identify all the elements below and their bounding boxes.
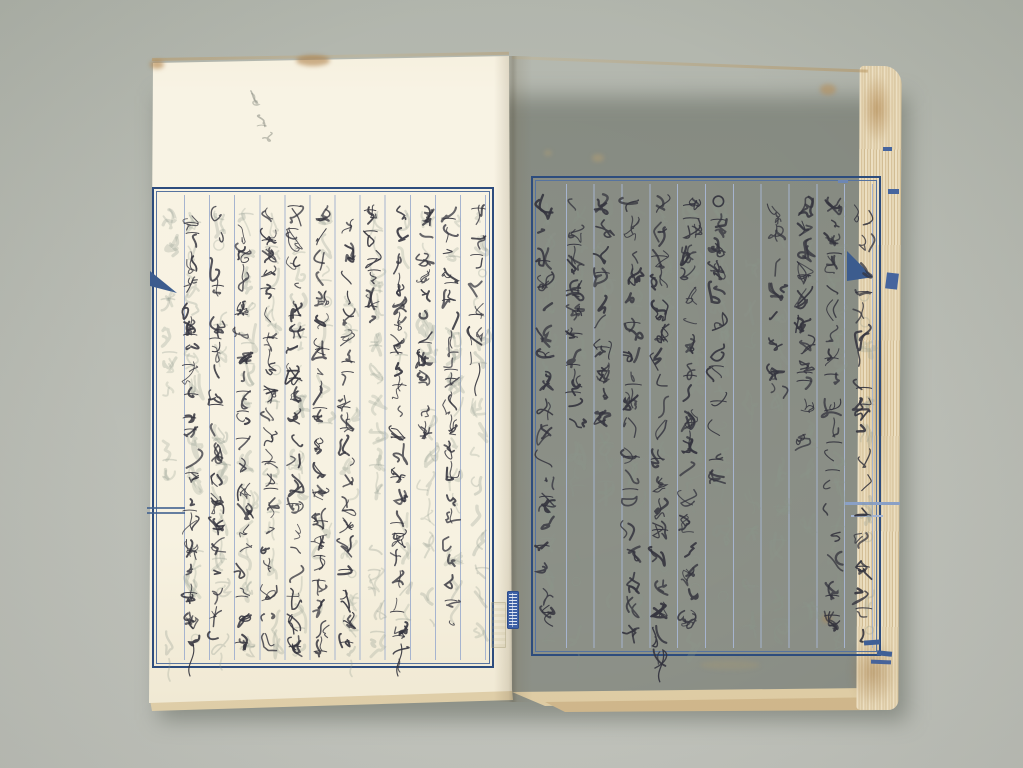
foxing-stain (150, 60, 164, 69)
edge-print-fragment (851, 515, 883, 517)
right-page-column-rules (539, 184, 873, 648)
left-page-ruled-frame (152, 187, 494, 668)
faint-seal-impression (491, 602, 506, 648)
foxing-stain (544, 150, 552, 156)
left-page-column-rules (160, 195, 486, 660)
edge-print-fragment (845, 502, 900, 505)
edge-print-fragment (888, 189, 899, 194)
edge-print-fragment (838, 180, 848, 183)
photo-of-open-manuscript-book (0, 0, 1023, 768)
foxing-stain (592, 154, 604, 162)
blue-collection-seal (507, 591, 519, 629)
edge-print-fragment (885, 272, 899, 289)
edge-print-fragment (883, 147, 892, 151)
foxing-stain (296, 55, 330, 66)
foxing-stain (820, 84, 836, 95)
left-margin-register-mark (147, 507, 185, 515)
foxing-stain (700, 660, 760, 670)
right-page-ruled-frame (531, 176, 881, 656)
foxing-stain (822, 615, 832, 623)
edge-print-fragment (871, 660, 891, 665)
